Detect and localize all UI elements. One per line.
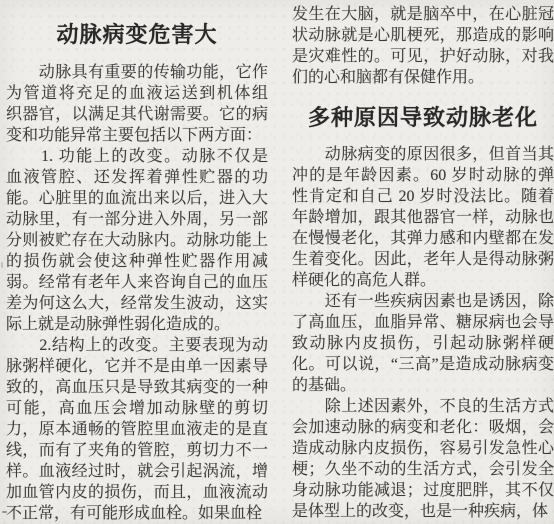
text-line: 为管道将充足的血液运送到机体组 bbox=[6, 83, 268, 104]
text-line: 身动脉功能减退；过度肥胖，其不仅 bbox=[292, 480, 554, 501]
text-line: 的基础。 bbox=[292, 375, 554, 396]
text-line: 生着变化。因此，老年人是得动脉粥 bbox=[292, 249, 554, 270]
scanned-article-page: 动脉病变危害大 动脉具有重要的传输功能，它作为管道将充足的血液运送到机体组织器官… bbox=[0, 0, 554, 524]
text-line: 会加速动脉的病变和老化：吸烟，会 bbox=[292, 417, 554, 438]
article-heading: 动脉病变危害大 bbox=[6, 20, 268, 50]
text-line: 们的心和脑都有保健作用。 bbox=[292, 67, 554, 88]
paragraph: 除上述因素外，不良的生活方式会加速动脉的病变和老化：吸烟，会造成动脉内皮损伤，容… bbox=[292, 396, 554, 522]
text-line: 了高血压，血脂异常、糖尿病也会导 bbox=[292, 312, 554, 333]
text-line: 动脉病变的原因很多，但首当其 bbox=[292, 144, 554, 165]
text-line: 样硬化的高危人群。 bbox=[292, 270, 554, 291]
text-line: 除上述因素外，不良的生活方式 bbox=[292, 396, 554, 417]
article-column-left: 动脉病变危害大 动脉具有重要的传输功能，它作为管道将充足的血液运送到机体组织器官… bbox=[6, 4, 268, 524]
article-column-right: 发生在大脑，就是脑卒中，在心脏冠状动脉就是心肌梗死，那造成的影响是灾难性的。可见… bbox=[292, 4, 554, 524]
text-line: 年龄增加，跟其他器官一样，动脉也 bbox=[292, 207, 554, 228]
text-line: 加血管内皮的损伤，而且，血液流动 bbox=[6, 482, 268, 503]
text-line: 弱。经常有老年人来咨询自己的血压 bbox=[6, 272, 268, 293]
text-line: 能。心脏里的血流出来以后，进入大 bbox=[6, 188, 268, 209]
text-line: 造成动脉内皮损伤，容易引发急性心 bbox=[292, 438, 554, 459]
paragraph: 2.结构上的改变。主要表现为动脉粥样硬化，它并不是由单一因素导致的，高血压只是导… bbox=[6, 335, 268, 524]
scan-speck bbox=[1, 262, 3, 268]
paragraph: 1. 功能上的改变。动脉不仅是血液管腔、还发挥着弹性贮器的功能。心脏里的血流出来… bbox=[6, 146, 268, 335]
text-line: 脉粥样硬化，它并不是由单一因素导 bbox=[6, 356, 268, 377]
text-line: 可能，高血压会增加动脉壁的剪切 bbox=[6, 398, 268, 419]
text-line: 状动脉就是心肌梗死，那造成的影响 bbox=[292, 25, 554, 46]
scan-speck bbox=[549, 14, 551, 17]
text-line: 还有一些疾病因素也是诱因，除 bbox=[292, 291, 554, 312]
text-line: 分则被贮存在大动脉内。动脉功能上 bbox=[6, 230, 268, 251]
text-line: 致动脉内皮损伤，引起动脉粥样硬 bbox=[292, 333, 554, 354]
text-line: 际上就是动脉弹性弱化造成的。 bbox=[6, 314, 268, 335]
text-line: 2.结构上的改变。主要表现为动 bbox=[6, 335, 268, 356]
article-heading: 多种原因导致动脉老化 bbox=[292, 102, 554, 134]
text-line: 不正常，有可能形成血栓。如果血栓 bbox=[6, 503, 268, 524]
paragraph: 动脉病变的原因很多，但首当其冲的是年龄因素。60 岁时动脉的弹性肯定和自己 20… bbox=[292, 144, 554, 291]
text-line: 在慢慢老化，其弹力感和内壁都在发 bbox=[292, 228, 554, 249]
text-line: 是灾难性的。可见，护好动脉，对我 bbox=[292, 46, 554, 67]
text-line: 梗；久坐不动的生活方式，会引发全 bbox=[292, 459, 554, 480]
text-line: 差为何这么大，经常发生波动，这实 bbox=[6, 293, 268, 314]
paragraph: 还有一些疾病因素也是诱因，除了高血压，血脂异常、糖尿病也会导致动脉内皮损伤，引起… bbox=[292, 291, 554, 396]
text-line: 化。可以说，“三高”是造成动脉病变 bbox=[292, 354, 554, 375]
text-line: 冲的是年龄因素。60 岁时动脉的弹 bbox=[292, 165, 554, 186]
text-line: 织器官，以满足其代谢需要。它的病 bbox=[6, 104, 268, 125]
paragraph: 发生在大脑，就是脑卒中，在心脏冠状动脉就是心肌梗死，那造成的影响是灾难性的。可见… bbox=[292, 4, 554, 88]
scan-speck bbox=[2, 511, 7, 513]
text-line: 力，原本通畅的管腔里血液走的是直 bbox=[6, 419, 268, 440]
text-line: 样。血液经过时，就会引起涡流，增 bbox=[6, 461, 268, 482]
text-line: 1. 功能上的改变。动脉不仅是 bbox=[6, 146, 268, 167]
paragraph: 动脉具有重要的传输功能，它作为管道将充足的血液运送到机体组织器官，以满足其代谢需… bbox=[6, 62, 268, 146]
text-line: 血液管腔、还发挥着弹性贮器的功 bbox=[6, 167, 268, 188]
text-line: 的损伤就会使这种弹性贮器作用减 bbox=[6, 251, 268, 272]
text-line: 发生在大脑，就是脑卒中，在心脏冠 bbox=[292, 4, 554, 25]
text-line: 动脉具有重要的传输功能，它作 bbox=[6, 62, 268, 83]
text-line: 动脉里，有一部分进入外周，另一部 bbox=[6, 209, 268, 230]
text-line: 线，而有了夹角的管腔，剪切力不一 bbox=[6, 440, 268, 461]
text-line: 变和功能异常主要包括以下两方面： bbox=[6, 125, 268, 146]
text-line: 致的，高血压只是导致其病变的一种 bbox=[6, 377, 268, 398]
text-line: 是体型上的改变，也是一种疾病，体 bbox=[292, 501, 554, 522]
text-line: 性肯定和自己 20 岁时没法比。随着 bbox=[292, 186, 554, 207]
